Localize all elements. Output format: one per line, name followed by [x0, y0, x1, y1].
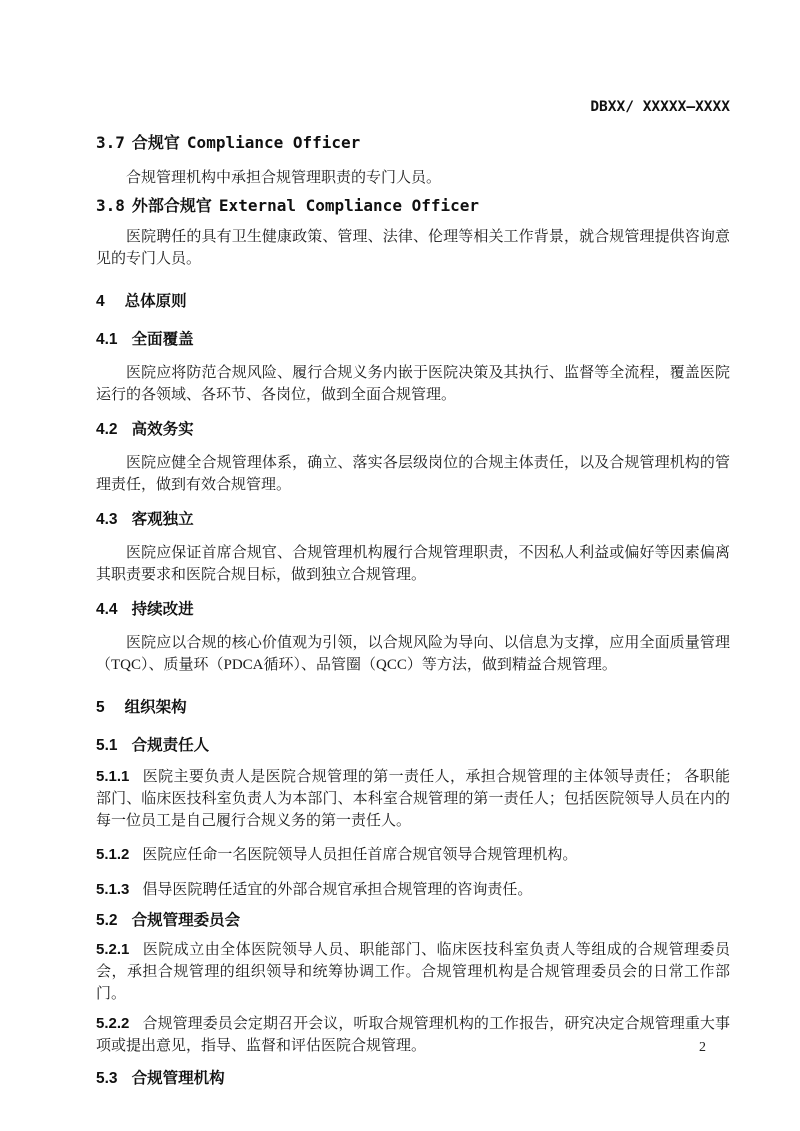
term-number: 3.8 [96, 196, 125, 215]
paragraph-text: 合规管理委员会定期召开会议，听取合规管理机构的工作报告，研究决定合规管理重大事项… [96, 1016, 730, 1054]
sub-title: 客观独立 [132, 511, 194, 528]
clause-number: 5 [96, 699, 105, 716]
paragraph-term-3-7: 合规管理机构中承担合规管理职责的专门人员。 [96, 167, 730, 189]
paragraph-text: 医院主要负责人是医院合规管理的第一责任人，承担合规管理的主体领导责任； 各职能部… [96, 769, 730, 829]
sub-number: 5.3 [96, 1070, 118, 1087]
sub-number: 4.3 [96, 511, 118, 528]
sub-heading-4-3: 4.3客观独立 [96, 510, 730, 530]
clause-heading-5: 5组织架构 [96, 698, 730, 718]
sub-title: 合规责任人 [132, 737, 210, 754]
paragraph-text: 倡导医院聘任适宜的外部合规官承担合规管理的咨询责任。 [142, 882, 532, 898]
sub-heading-5-1: 5.1合规责任人 [96, 736, 730, 756]
term-title-cn: 合规官 [132, 135, 180, 152]
numbered-paragraph-5-1-3: 5.1.3倡导医院聘任适宜的外部合规官承担合规管理的咨询责任。 [96, 879, 730, 901]
paragraph-number: 5.2.1 [96, 941, 129, 958]
term-title-en: Compliance Officer [187, 133, 360, 152]
sub-number: 5.2 [96, 912, 118, 929]
term-heading-3-8: 3.8外部合规官External Compliance Officer [96, 195, 730, 217]
paragraph-number: 5.1.3 [96, 881, 129, 898]
numbered-paragraph-5-1-2: 5.1.2医院应任命一名医院领导人员担任首席合规官领导合规管理机构。 [96, 844, 730, 866]
sub-heading-4-2: 4.2高效务实 [96, 420, 730, 440]
paragraph-4-2: 医院应健全合规管理体系，确立、落实各层级岗位的合规主体责任，以及合规管理机构的管… [96, 452, 730, 496]
standard-code-header: DBXX/ XXXXX—XXXX [96, 99, 730, 115]
sub-heading-5-3: 5.3合规管理机构 [96, 1069, 730, 1089]
sub-number: 4.2 [96, 421, 118, 438]
numbered-paragraph-5-2-2: 5.2.2合规管理委员会定期召开会议，听取合规管理机构的工作报告，研究决定合规管… [96, 1013, 730, 1057]
sub-heading-5-2: 5.2合规管理委员会 [96, 911, 730, 931]
term-number: 3.7 [96, 133, 125, 152]
numbered-paragraph-5-2-1: 5.2.1医院成立由全体医院领导人员、职能部门、临床医技科室负责人等组成的合规管… [96, 939, 730, 1005]
term-title-cn: 外部合规官 [132, 198, 212, 215]
paragraph-term-3-8: 医院聘任的具有卫生健康政策、管理、法律、伦理等相关工作背景，就合规管理提供咨询意… [96, 226, 730, 270]
paragraph-text: 医院成立由全体医院领导人员、职能部门、临床医技科室负责人等组成的合规管理委员会，… [96, 942, 730, 1002]
term-heading-3-7: 3.7合规官Compliance Officer [96, 132, 730, 154]
sub-title: 全面覆盖 [132, 331, 194, 348]
paragraph-number: 5.1.1 [96, 768, 129, 785]
document-page: DBXX/ XXXXX—XXXX 3.7合规官Compliance Office… [0, 0, 800, 1131]
paragraph-4-3: 医院应保证首席合规官、合规管理机构履行合规管理职责，不因私人利益或偏好等因素偏离… [96, 542, 730, 586]
sub-number: 5.1 [96, 737, 118, 754]
sub-title: 合规管理机构 [132, 1070, 225, 1087]
sub-number: 4.4 [96, 601, 118, 618]
document-content: DBXX/ XXXXX—XXXX 3.7合规官Compliance Office… [0, 0, 800, 1089]
term-title-en: External Compliance Officer [219, 196, 479, 215]
paragraph-text: 医院应任命一名医院领导人员担任首席合规官领导合规管理机构。 [142, 847, 577, 863]
sub-number: 4.1 [96, 331, 118, 348]
sub-title: 合规管理委员会 [132, 912, 241, 929]
paragraph-4-4: 医院应以合规的核心价值观为引领，以合规风险为导向、以信息为支撑，应用全面质量管理… [96, 632, 730, 676]
clause-number: 4 [96, 293, 105, 310]
sub-heading-4-1: 4.1全面覆盖 [96, 330, 730, 350]
page-number: 2 [699, 1040, 706, 1056]
clause-heading-4: 4总体原则 [96, 292, 730, 312]
sub-heading-4-4: 4.4持续改进 [96, 600, 730, 620]
paragraph-number: 5.2.2 [96, 1015, 129, 1032]
numbered-paragraph-5-1-1: 5.1.1医院主要负责人是医院合规管理的第一责任人，承担合规管理的主体领导责任；… [96, 766, 730, 832]
clause-title: 总体原则 [125, 293, 187, 310]
paragraph-number: 5.1.2 [96, 846, 129, 863]
clause-title: 组织架构 [125, 699, 187, 716]
sub-title: 持续改进 [132, 601, 194, 618]
paragraph-4-1: 医院应将防范合规风险、履行合规义务内嵌于医院决策及其执行、监督等全流程，覆盖医院… [96, 362, 730, 406]
sub-title: 高效务实 [132, 421, 194, 438]
